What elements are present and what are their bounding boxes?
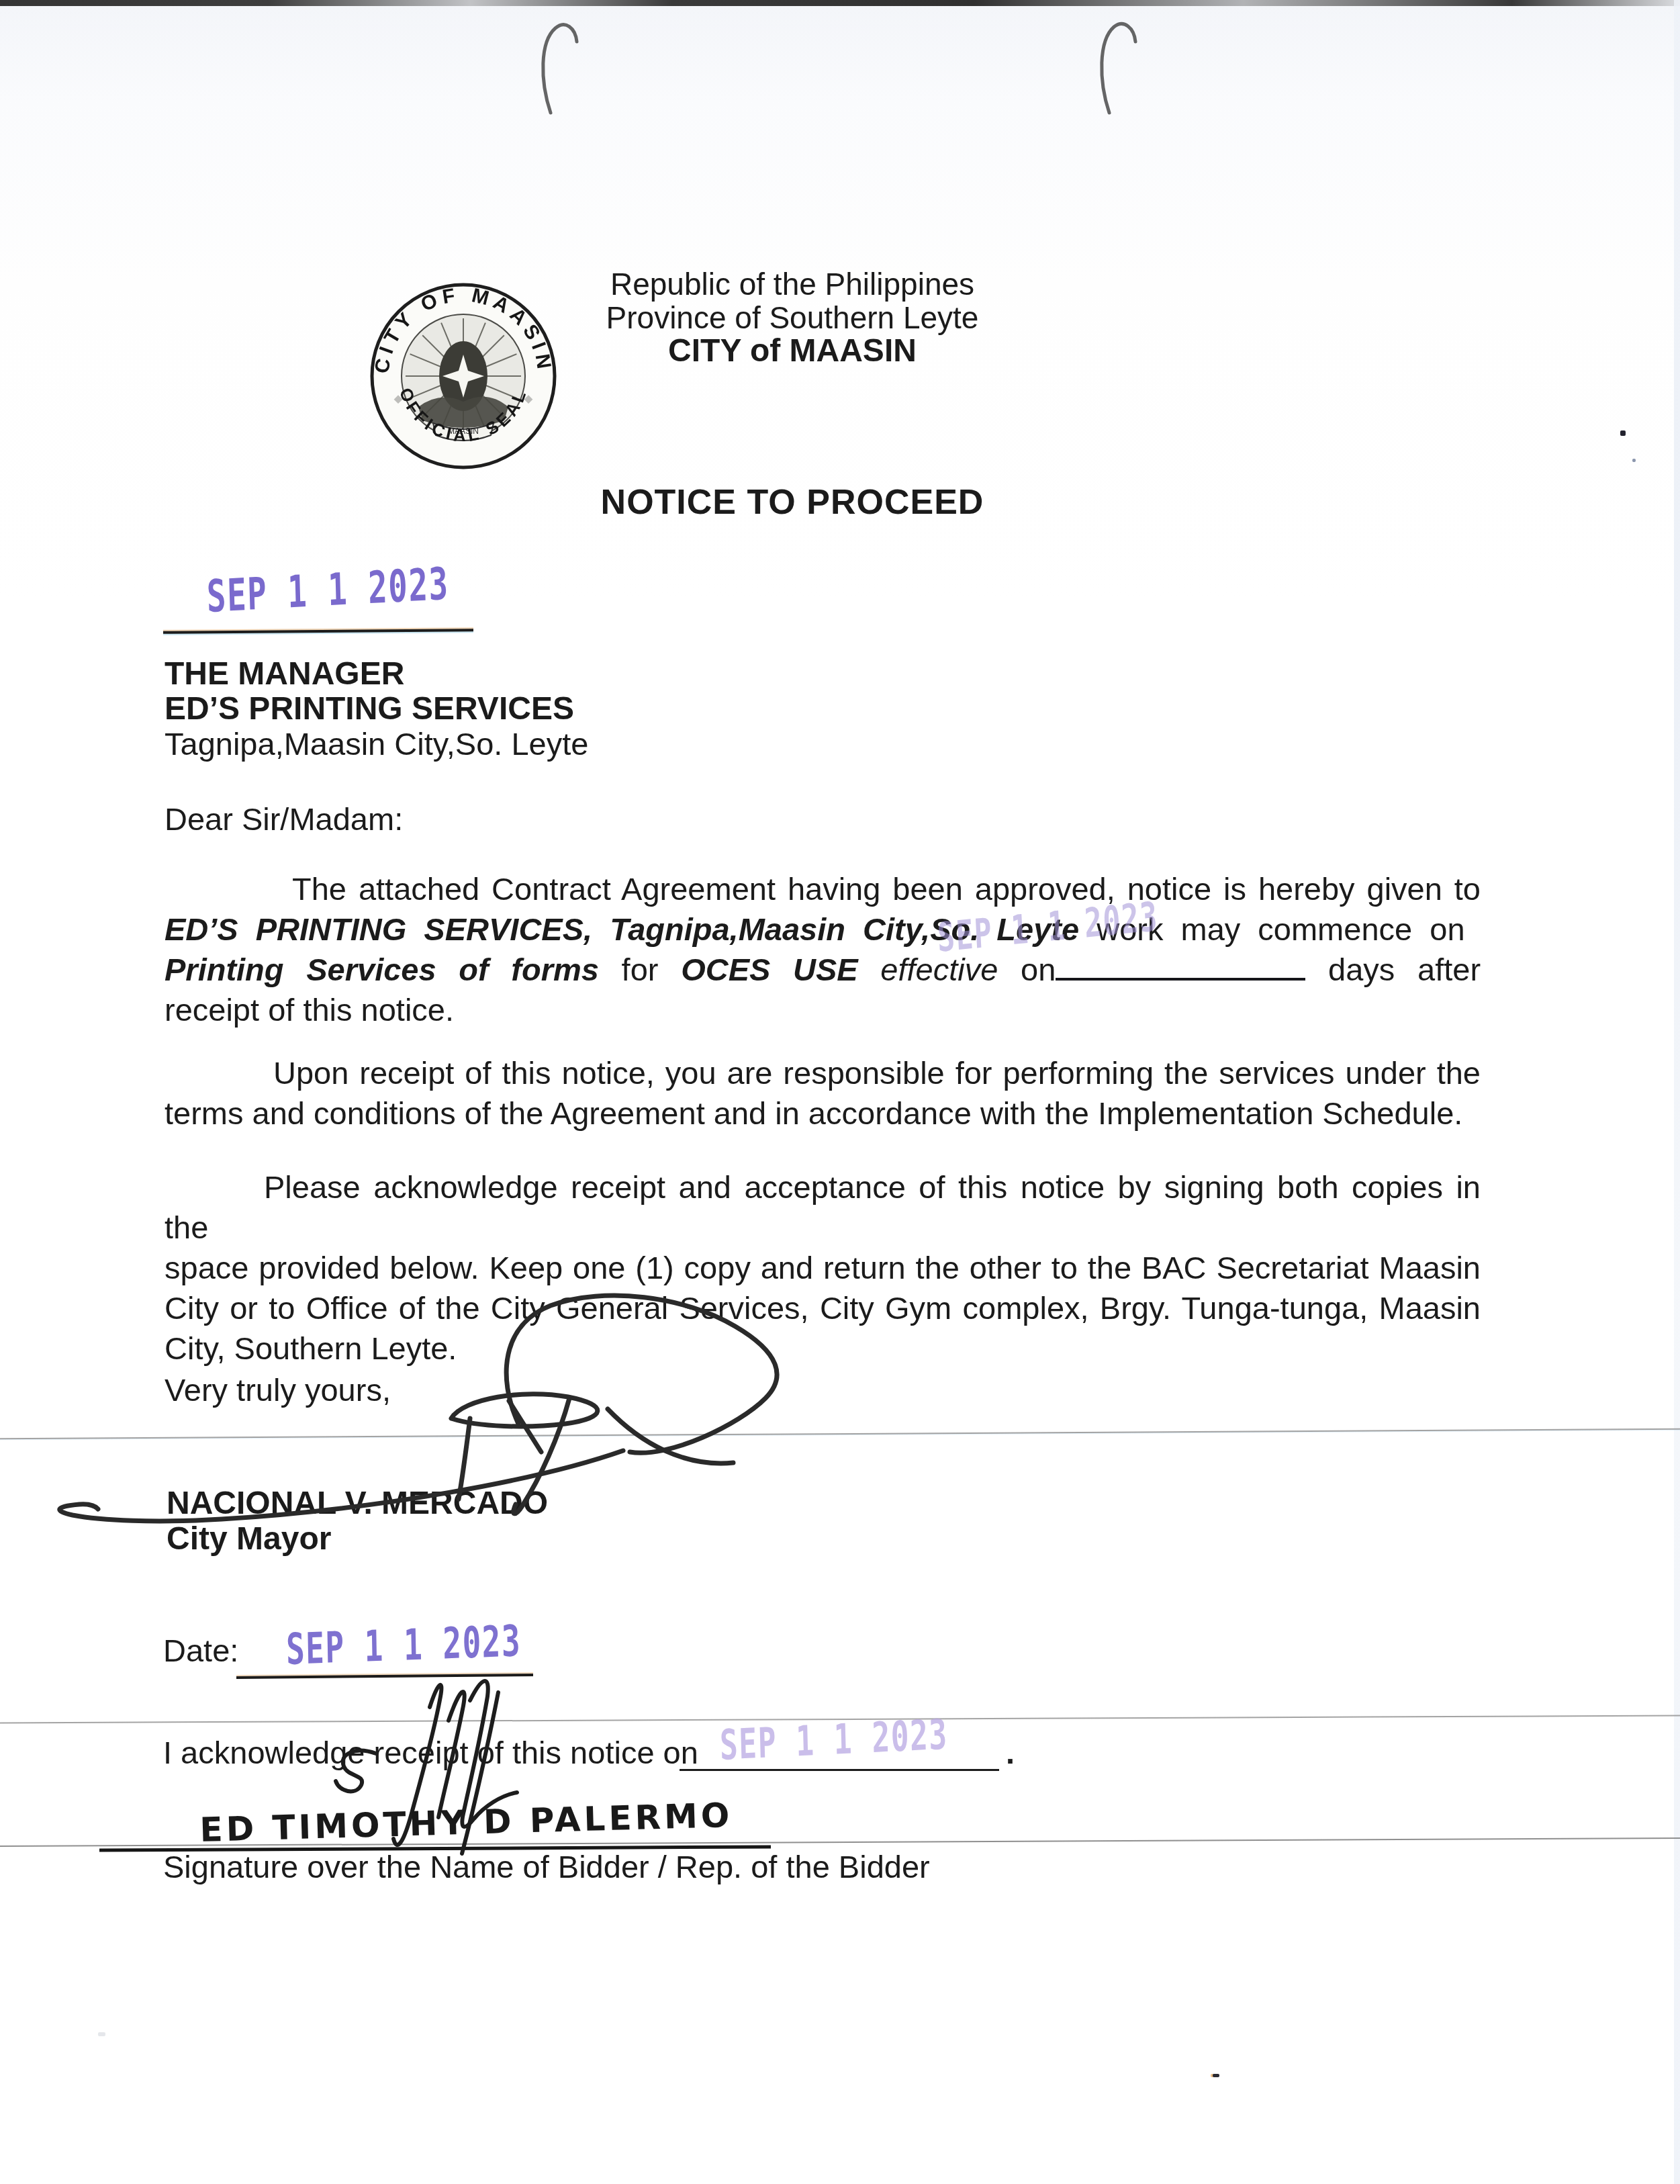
- addressee-line1: THE MANAGER: [165, 657, 970, 692]
- scan-right-edge: [1674, 0, 1680, 2184]
- scanned-notice-to-proceed-page: MAASIN CITY OF MAASIN OFFICIAL SEAL Repu…: [0, 0, 1680, 2184]
- paragraph-1-days-after: days after: [1328, 952, 1481, 987]
- received-date-stamp: SEP 1 1 2023: [206, 558, 449, 623]
- scan-speck-2: [1632, 459, 1636, 462]
- paragraph-1-line-1: The attached Contract Agreement having b…: [165, 869, 1481, 909]
- bidder-signature-caption: Signature over the Name of Bidder / Rep.…: [163, 1848, 930, 1885]
- acknowledgement-period: .: [1006, 1734, 1015, 1771]
- signatory-title: City Mayor: [167, 1521, 548, 1557]
- paragraph-2-line-1: Upon receipt of this notice, you are res…: [165, 1053, 1481, 1093]
- paragraph-3-line-1: Please acknowledge receipt and acceptanc…: [165, 1167, 1481, 1248]
- addressee-line2: ED’S PRINTING SERVICES: [165, 692, 970, 727]
- date-stamp: SEP 1 1 2023: [285, 1617, 521, 1675]
- signatory-block: NACIONAL V. MERCADO City Mayor: [167, 1486, 548, 1557]
- signatory-name: NACIONAL V. MERCADO: [167, 1486, 548, 1521]
- paragraph-1: The attached Contract Agreement having b…: [165, 869, 1481, 1030]
- addressee-line3: Tagnipa,Maasin City,So. Leyte: [165, 727, 970, 762]
- acknowledgement-text: I acknowledge receipt of this notice on: [163, 1734, 698, 1771]
- letterhead: Republic of the Philippines Province of …: [524, 267, 1061, 368]
- letterhead-republic: Republic of the Philippines: [524, 267, 1061, 301]
- paragraph-1-for: for: [622, 952, 659, 987]
- paragraph-1-line-4: receipt of this notice.: [165, 990, 1481, 1030]
- scan-artifact-line-1: [0, 1428, 1680, 1439]
- scan-speck-1: [1620, 430, 1626, 436]
- date-underline: [236, 1674, 533, 1679]
- paragraph-3-line-3: City or to Office of the City General Se…: [165, 1288, 1481, 1328]
- paragraph-2: Upon receipt of this notice, you are res…: [165, 1053, 1481, 1134]
- scan-speck-4: [98, 2032, 105, 2036]
- letterhead-province: Province of Southern Leyte: [524, 301, 1061, 334]
- acknowledgement-underline: [680, 1769, 999, 1771]
- paragraph-2-line-2: terms and conditions of the Agreement an…: [165, 1093, 1481, 1134]
- document-title: NOTICE TO PROCEED: [504, 482, 1081, 522]
- salutation: Dear Sir/Madam:: [165, 801, 403, 837]
- paragraph-3-line-2: space provided below. Keep one (1) copy …: [165, 1248, 1481, 1288]
- effective-date-blank: [1056, 972, 1305, 981]
- acknowledgement-date-stamp: SEP 1 1 2023: [719, 1710, 948, 1770]
- paragraph-3: Please acknowledge receipt and acceptanc…: [165, 1167, 1481, 1369]
- fastener-hook-icons: [543, 24, 1135, 113]
- closing-phrase: Very truly yours,: [165, 1371, 391, 1408]
- addressee-block: THE MANAGER ED’S PRINTING SERVICES Tagni…: [165, 657, 970, 762]
- paragraph-1-line-3: Printing Services of forms for OCES USE …: [165, 950, 1481, 990]
- received-date-underline: [163, 629, 473, 634]
- service-name-emphasis: Printing Services of forms: [165, 952, 599, 987]
- oces-use-emphasis: OCES USE: [681, 952, 858, 987]
- scan-top-edge: [0, 0, 1680, 6]
- letterhead-city: CITY of MAASIN: [524, 334, 1061, 368]
- date-label: Date:: [163, 1632, 238, 1669]
- scan-speck-3: [1213, 2074, 1219, 2077]
- paragraph-1-on: on: [1021, 952, 1056, 987]
- paragraph-3-line-4: City, Southern Leyte.: [165, 1328, 1481, 1369]
- bidder-handwritten-name: ED TIMOTHY D PALERMO: [199, 1796, 733, 1850]
- scan-artifact-line-3: [0, 1837, 1680, 1847]
- paragraph-1-line-2: ED’S PRINTING SERVICES, Tagnipa,Maasin C…: [165, 909, 1481, 950]
